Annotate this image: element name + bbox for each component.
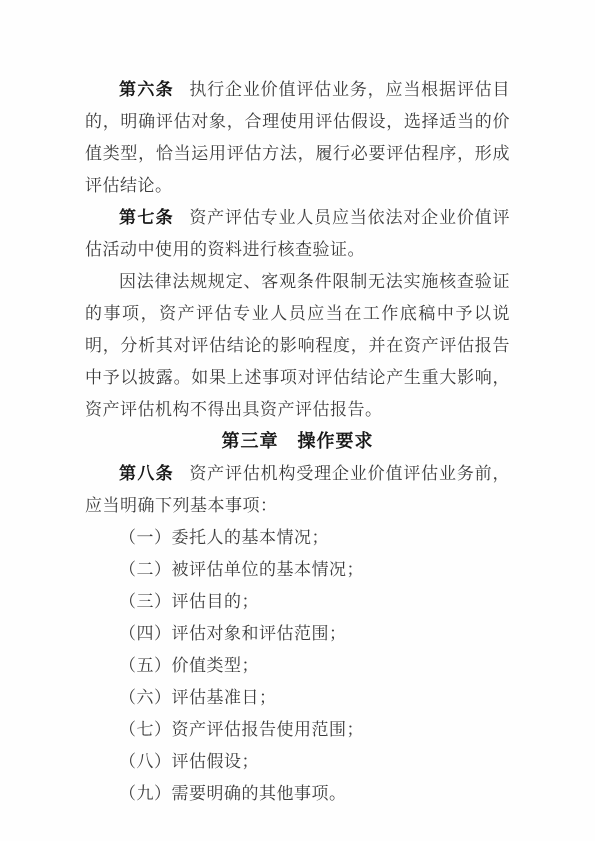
article-8-item-9: （九）需要明确的其他事项。 [85,778,510,810]
article-8-item-2: （二）被评估单位的基本情况； [85,554,510,586]
article-6-number: 第六条 [119,80,174,100]
article-8-item-5: （五）价值类型； [85,650,510,682]
article-8: 第八条资产评估机构受理企业价值评估业务前，应当明确下列基本事项： [85,458,510,522]
article-8-item-7: （七）资产评估报告使用范围； [85,714,510,746]
article-8-item-1: （一）委托人的基本情况； [85,522,510,554]
article-8-item-3: （三）评估目的； [85,586,510,618]
article-7: 第七条资产评估专业人员应当依法对企业价值评估活动中使用的资料进行核查验证。 [85,202,510,266]
article-8-item-6: （六）评估基准日； [85,682,510,714]
article-8-item-8: （八）评估假设； [85,746,510,778]
chapter-3-heading: 第三章 操作要求 [85,426,510,458]
article-7-number: 第七条 [119,208,174,228]
article-7-paragraph-2: 因法律法规规定、客观条件限制无法实施核查验证的事项，资产评估专业人员应当在工作底… [85,266,510,426]
article-6: 第六条执行企业价值评估业务，应当根据评估目的，明确评估对象，合理使用评估假设，选… [85,74,510,202]
document-page: 第六条执行企业价值评估业务，应当根据评估目的，明确评估对象，合理使用评估假设，选… [0,0,595,841]
article-8-item-4: （四）评估对象和评估范围； [85,618,510,650]
article-8-number: 第八条 [119,464,174,484]
